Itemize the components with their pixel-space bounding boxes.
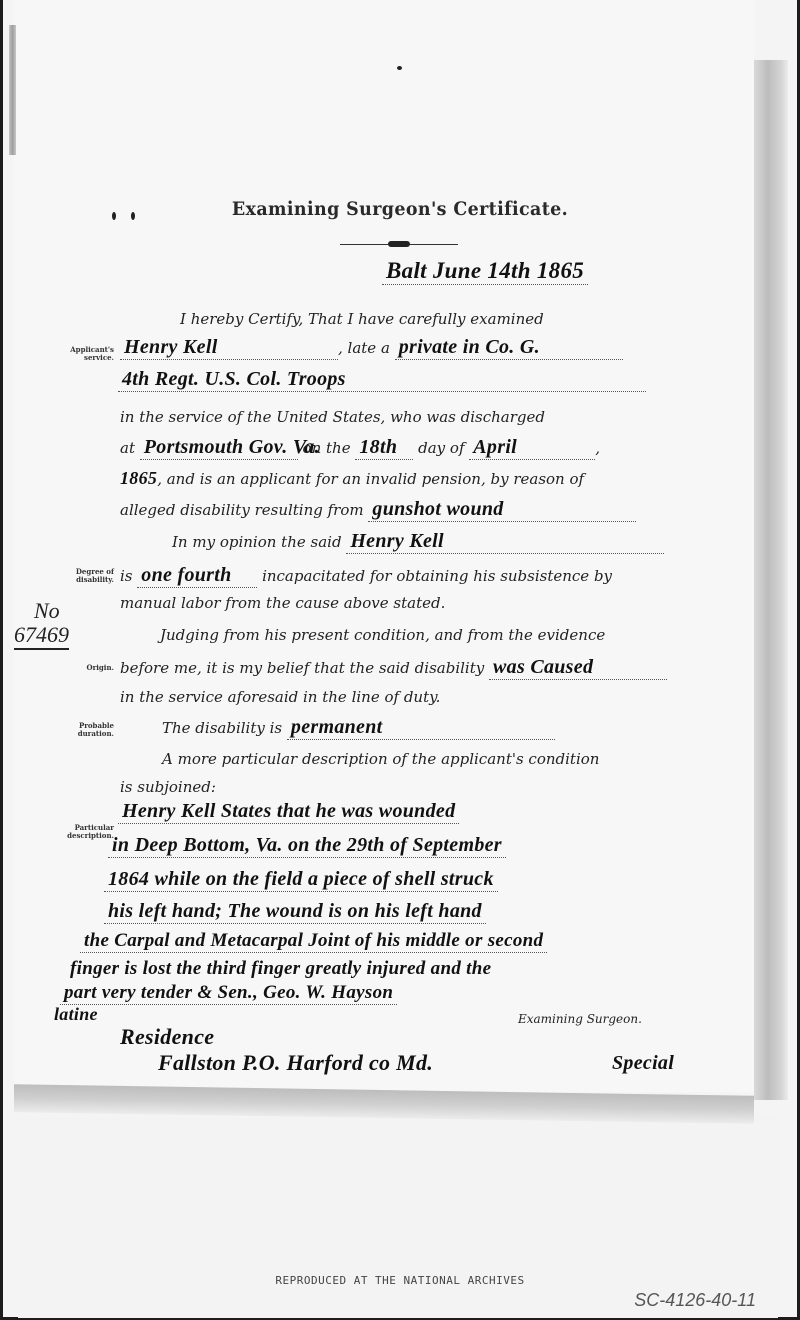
scan-border-left: [0, 0, 3, 1320]
annotation-address: Fallston P.O. Harford co Md.: [158, 1050, 433, 1076]
page-title: Examining Surgeon's Certificate.: [32, 198, 768, 220]
document-id: SC-4126-40-11: [634, 1290, 756, 1311]
regiment-line: 4th Regt. U.S. Col. Troops: [118, 368, 646, 392]
discharge-day-field: 18th: [355, 436, 413, 460]
applicant-rank-field: private in Co. G.: [395, 336, 623, 360]
judging-line: Judging from his present condition, and …: [160, 626, 605, 644]
regiment-field: 4th Regt. U.S. Col. Troops: [118, 368, 646, 392]
discharge-month-field: April: [469, 436, 595, 460]
year-line: 1865, and is an applicant for an invalid…: [120, 468, 584, 489]
margin-note-number: 67469: [14, 622, 69, 650]
description-line: the Carpal and Metacarpal Joint of his m…: [80, 930, 547, 953]
degree-line: is one fourth incapacitated for obtainin…: [120, 564, 612, 588]
description-line: finger is lost the third finger greatly …: [70, 958, 491, 980]
place-date: Balt June 14th 1865: [382, 258, 588, 285]
title-ornament: [340, 243, 458, 246]
discharge-year-field: 1865: [120, 468, 157, 488]
margin-note-no: No: [34, 598, 60, 624]
discharge-line: at Portsmouth Gov. Va. on the 18th day o…: [120, 436, 600, 460]
margin-label-degree-of-disability: Degree of disability.: [52, 568, 114, 584]
certify-line: I hereby Certify, That I have carefully …: [180, 310, 544, 328]
duty-line: in the service aforesaid in the line of …: [120, 688, 440, 706]
belief-line: before me, it is my belief that the said…: [120, 656, 667, 680]
annotation-initials: Special: [612, 1052, 674, 1075]
annotation-residence: Residence: [120, 1024, 214, 1050]
margin-label-particular-description: Particular description.: [52, 824, 114, 840]
origin-field: was Caused: [489, 656, 667, 680]
underlying-page: [18, 1118, 778, 1318]
annotation-latine: latine: [54, 1004, 98, 1025]
applicant-line: Henry Kell, late a private in Co. G.: [120, 336, 623, 360]
margin-label-applicants-service: Applicant's service.: [52, 346, 114, 362]
duration-field: permanent: [287, 716, 555, 740]
disability-cause-field: gunshot wound: [368, 498, 636, 522]
applicant-name-field: Henry Kell: [120, 336, 338, 360]
degree-field: one fourth: [137, 564, 257, 588]
ink-speck: [397, 66, 402, 70]
margin-label-origin: Origin.: [52, 664, 114, 672]
description-line: in Deep Bottom, Va. on the 29th of Septe…: [108, 834, 506, 858]
description-line: part very tender & Sen., Geo. W. Hayson: [60, 982, 397, 1005]
subjoined-line: is subjoined:: [120, 778, 216, 796]
manual-labor-line: manual labor from the cause above stated…: [120, 594, 445, 612]
archive-footer: REPRODUCED AT THE NATIONAL ARCHIVES: [0, 1274, 800, 1287]
duration-line: The disability is permanent: [162, 716, 555, 740]
alleged-line: alleged disability resulting from gunsho…: [120, 498, 636, 522]
opinion-line: In my opinion the said Henry Kell: [172, 530, 664, 554]
description-line: his left hand; The wound is on his left …: [104, 900, 486, 924]
discharge-place-field: Portsmouth Gov. Va.: [140, 436, 298, 460]
particular-line: A more particular description of the app…: [162, 750, 599, 768]
binding-mark: [9, 25, 16, 155]
signature-label: Examining Surgeon.: [518, 1012, 642, 1026]
service-line: in the service of the United States, who…: [120, 408, 545, 426]
opinion-name-field: Henry Kell: [346, 530, 664, 554]
description-line: 1864 while on the field a piece of shell…: [104, 868, 498, 892]
margin-label-probable-duration: Probable duration.: [52, 722, 114, 738]
description-line: Henry Kell States that he was wounded: [118, 800, 459, 824]
